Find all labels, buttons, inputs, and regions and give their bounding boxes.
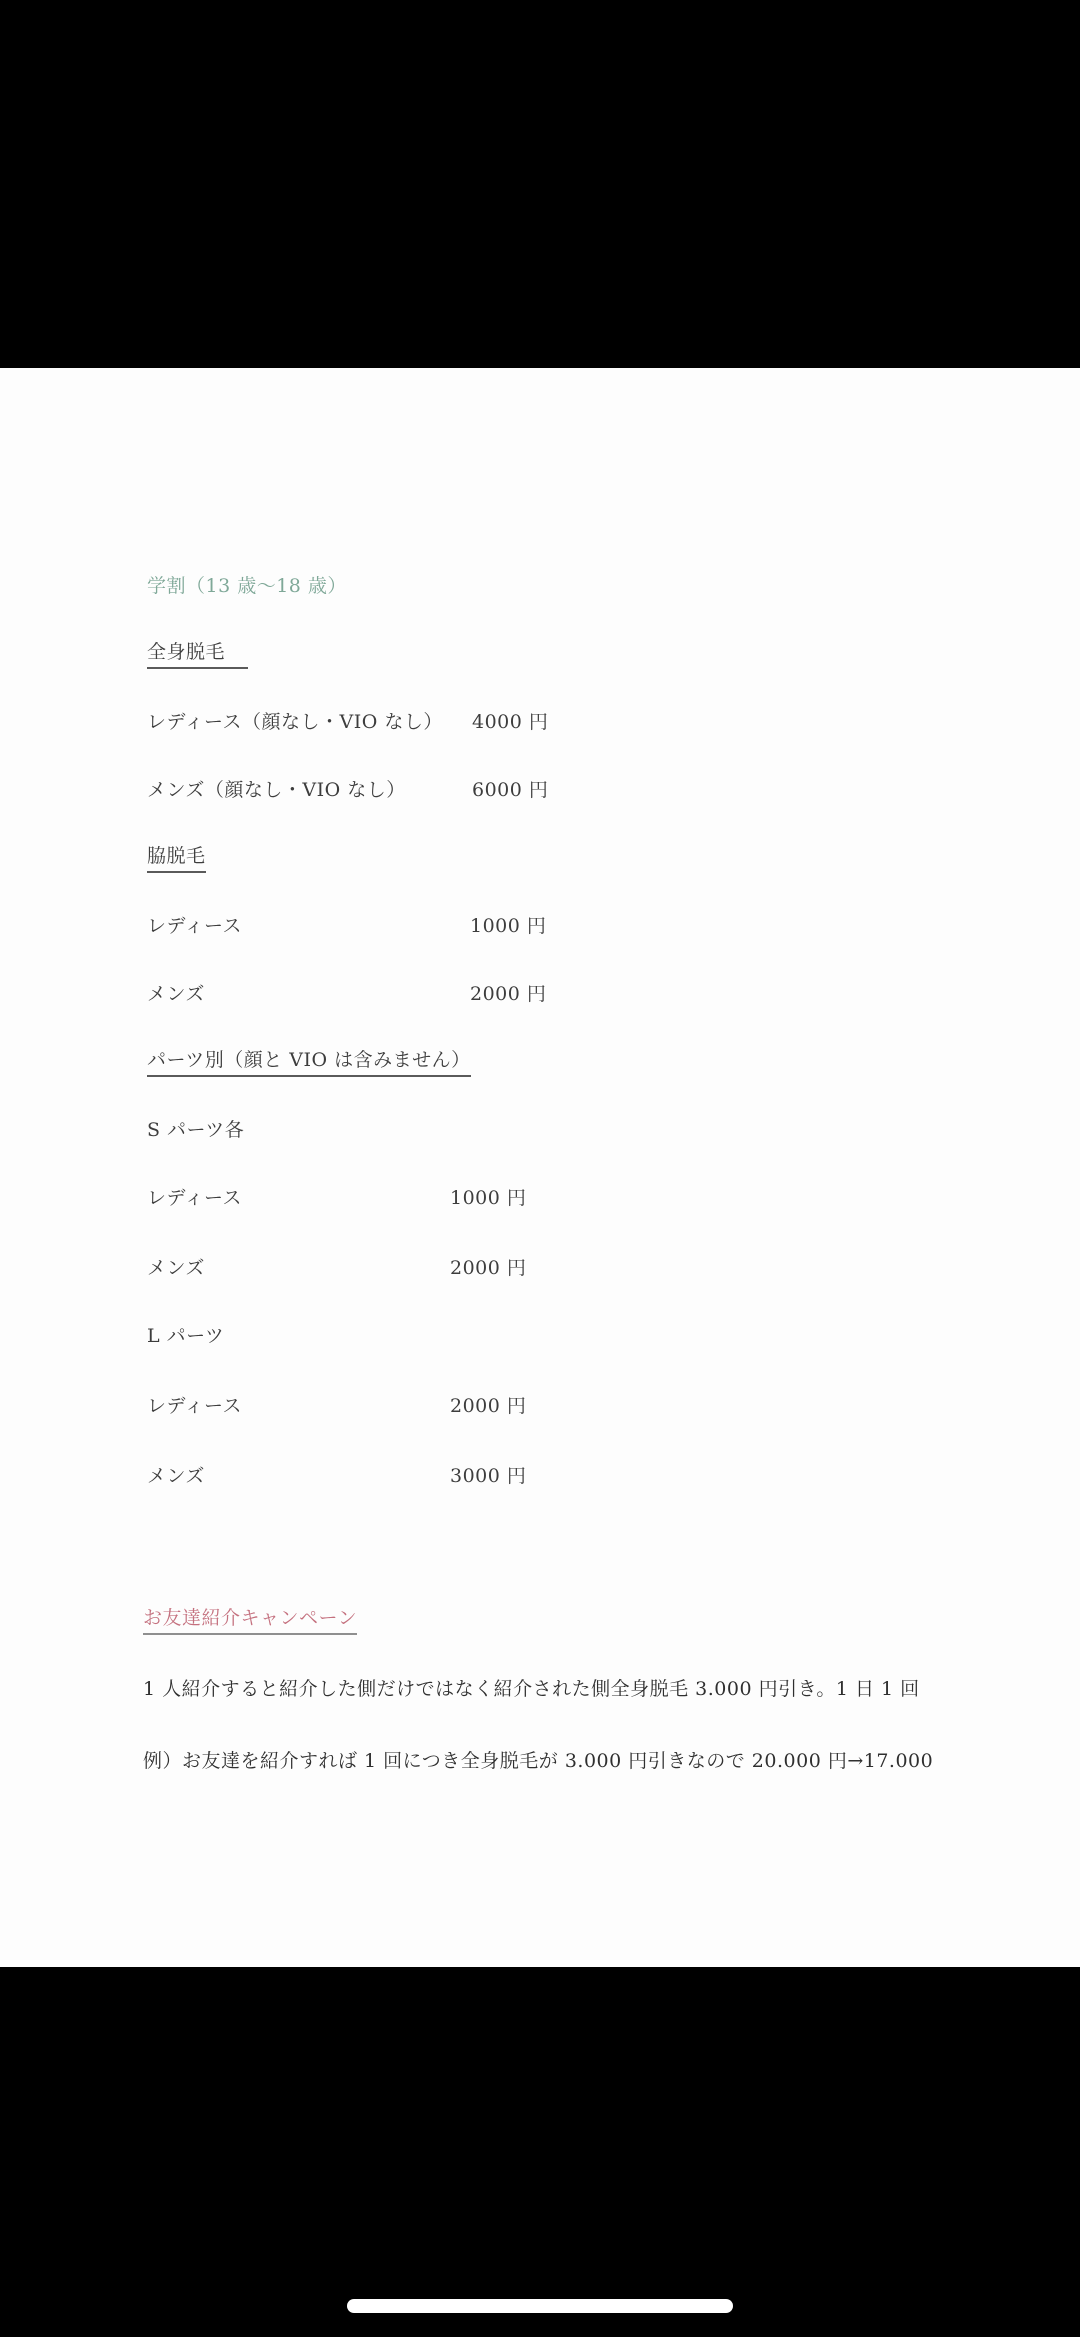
parts-heading: パーツ別（顔と VIO は含みません） bbox=[147, 1048, 471, 1077]
l-parts-mens-label: メンズ bbox=[147, 1464, 205, 1488]
student-discount-title: 学割（13 歳〜18 歳） bbox=[147, 574, 347, 598]
home-indicator[interactable] bbox=[347, 2299, 733, 2313]
full-body-ladies-label: レディース（顔なし・VIO なし） bbox=[147, 710, 443, 734]
s-parts-ladies-label: レディース bbox=[147, 1186, 242, 1210]
underarm-ladies-price: 1000 円 bbox=[470, 914, 546, 938]
full-body-ladies-price: 4000 円 bbox=[472, 710, 548, 734]
l-parts-mens-price: 3000 円 bbox=[450, 1464, 526, 1488]
full-body-mens-price: 6000 円 bbox=[472, 778, 548, 802]
s-parts-mens-label: メンズ bbox=[147, 1256, 205, 1280]
bottom-letterbox bbox=[0, 1967, 1080, 2337]
s-parts-label: S パーツ各 bbox=[147, 1118, 244, 1142]
s-parts-mens-price: 2000 円 bbox=[450, 1256, 526, 1280]
referral-campaign-line-1: 1 人紹介すると紹介した側だけではなく紹介された側全身脱毛 3.000 円引き。… bbox=[143, 1677, 920, 1701]
full-body-heading: 全身脱毛 bbox=[147, 640, 248, 669]
full-body-mens-label: メンズ（顔なし・VIO なし） bbox=[147, 778, 406, 802]
referral-campaign-line-2: 例）お友達を紹介すれば 1 回につき全身脱毛が 3.000 円引きなので 20.… bbox=[143, 1749, 933, 1773]
referral-campaign-title: お友達紹介キャンペーン bbox=[143, 1606, 357, 1635]
underarm-ladies-label: レディース bbox=[147, 914, 242, 938]
top-letterbox bbox=[0, 0, 1080, 368]
l-parts-ladies-price: 2000 円 bbox=[450, 1394, 526, 1418]
l-parts-ladies-label: レディース bbox=[147, 1394, 242, 1418]
underarm-mens-price: 2000 円 bbox=[470, 982, 546, 1006]
underarm-mens-label: メンズ bbox=[147, 982, 205, 1006]
s-parts-ladies-price: 1000 円 bbox=[450, 1186, 526, 1210]
underarm-heading: 脇脱毛 bbox=[147, 844, 206, 873]
document-page: 学割（13 歳〜18 歳） 全身脱毛 レディース（顔なし・VIO なし） 400… bbox=[0, 368, 1080, 1967]
l-parts-label: L パーツ bbox=[147, 1324, 224, 1348]
